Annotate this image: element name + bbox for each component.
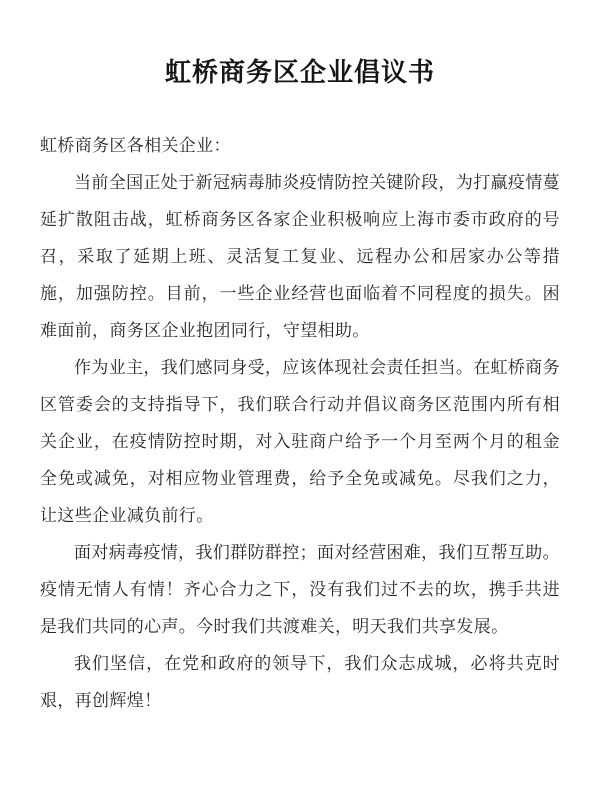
document-title: 虹桥商务区企业倡议书 <box>40 57 560 88</box>
document-page: 虹桥商务区企业倡议书 虹桥商务区各相关企业： 当前全国正处于新冠病毒肺炎疫情防控… <box>0 0 600 798</box>
paragraph-4: 我们坚信，在党和政府的领导下，我们众志成城，必将共克时艰，再创辉煌！ <box>40 645 560 719</box>
paragraph-3: 面对病毒疫情，我们群防群控；面对经营困难，我们互帮互助。疫情无情人有情！齐心合力… <box>40 534 560 645</box>
paragraph-2: 作为业主，我们感同身受，应该体现社会责任担当。在虹桥商务区管委会的支持指导下，我… <box>40 349 560 534</box>
salutation: 虹桥商务区各相关企业： <box>40 127 560 164</box>
document-body: 虹桥商务区各相关企业： 当前全国正处于新冠病毒肺炎疫情防控关键阶段，为打赢疫情蔓… <box>40 127 560 719</box>
paragraph-1: 当前全国正处于新冠病毒肺炎疫情防控关键阶段，为打赢疫情蔓延扩散阻击战，虹桥商务区… <box>40 164 560 349</box>
